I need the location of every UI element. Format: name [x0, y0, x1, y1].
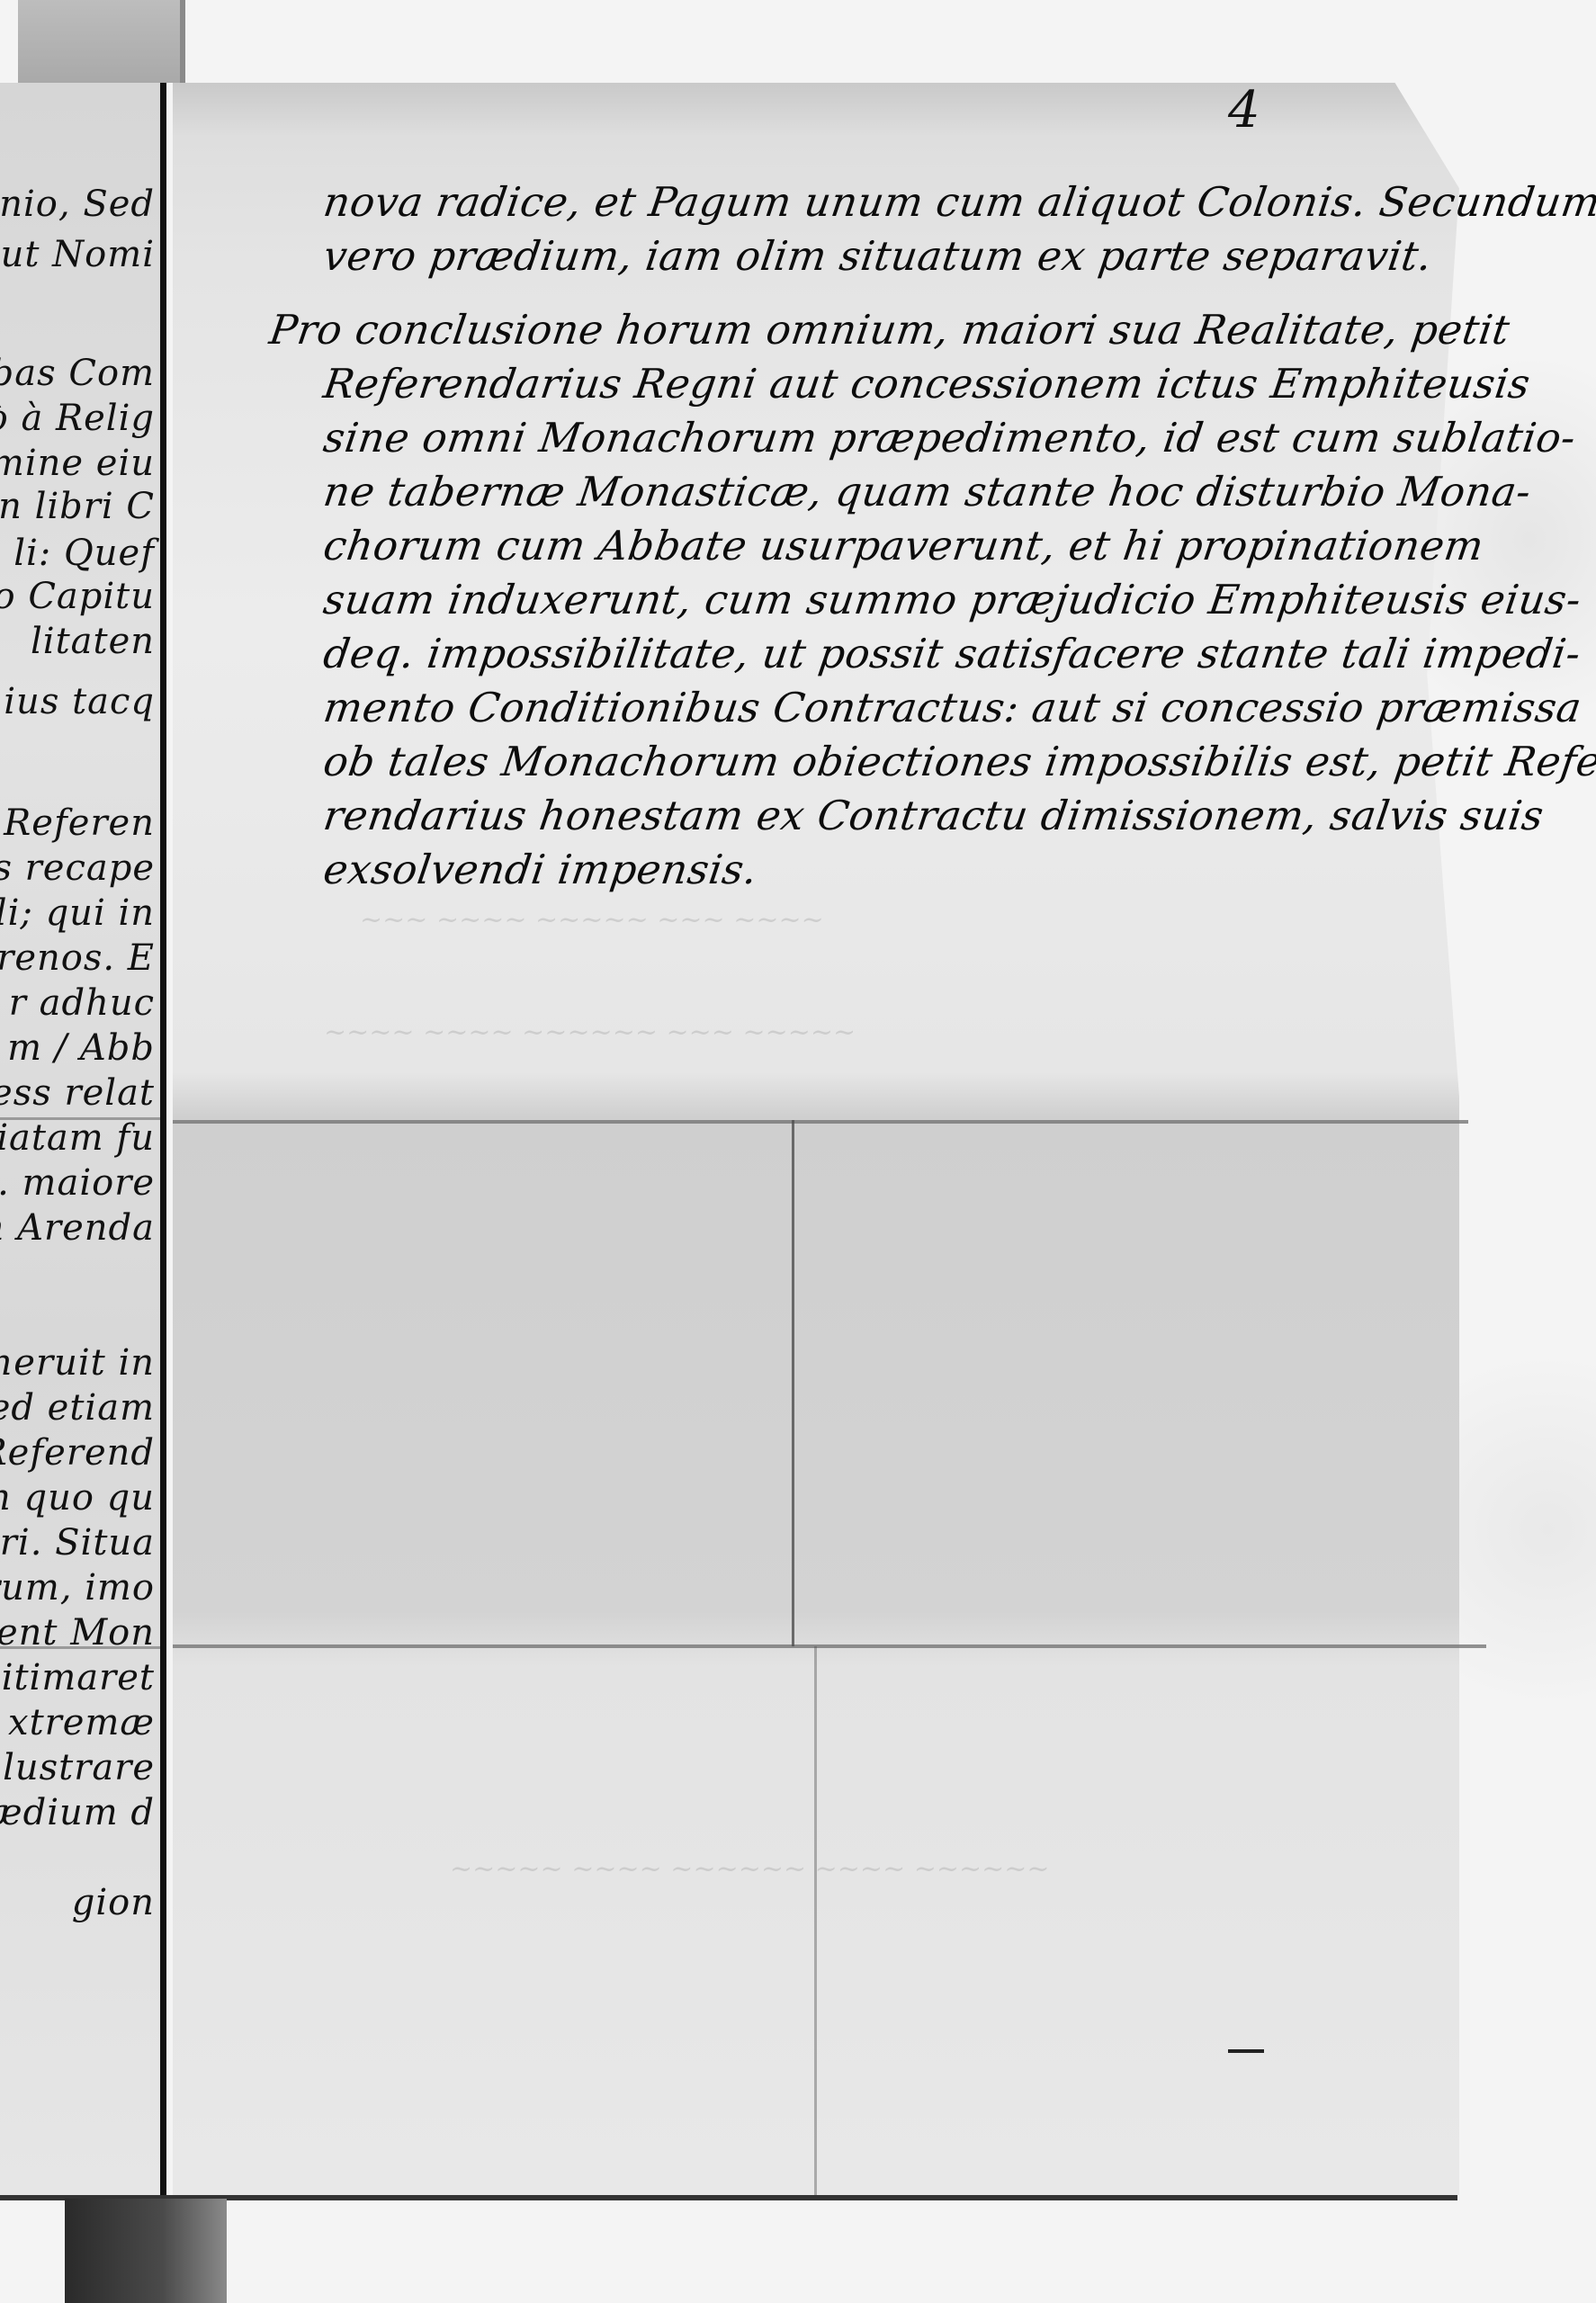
left-fragment-line: gion: [72, 1882, 155, 1923]
left-fragment-line: ædium d: [0, 1792, 155, 1833]
left-fragment-line: e, ut Nomi: [0, 234, 155, 275]
binding-edge: [160, 83, 166, 2199]
bleed-through-text: ~~~~ ~~~~ ~~~~~~ ~~~ ~~~~~: [324, 1017, 856, 1048]
text-line: ob tales Monachorum obiectiones impossib…: [266, 735, 1470, 789]
vertical-fold-line: [792, 1120, 794, 1646]
text-line: Referendarius Regni aut concessionem ict…: [266, 357, 1470, 411]
left-fragment-line: Abbas Com: [0, 353, 155, 394]
text-line: sine omni Monachorum præpedimento, id es…: [266, 411, 1470, 465]
left-fragment-line: ess relat: [0, 1072, 155, 1114]
left-fragment-line: omine eiu: [0, 443, 155, 484]
left-fragment-line: s lustrare: [0, 1747, 155, 1788]
manuscript-text: nova radice, et Pagum unum cum aliquot C…: [270, 175, 1466, 897]
horizontal-fold-line: [173, 1644, 1486, 1648]
text-line: mento Conditionibus Contractus: aut si c…: [266, 681, 1470, 735]
left-fragment-line: o Capitu: [0, 576, 155, 617]
left-fragment-line: ò à Relig: [0, 398, 155, 439]
left-fragment-line: itimaret: [2, 1657, 155, 1698]
ink-mark: [1228, 2049, 1264, 2053]
left-fragment-line: rum, imo: [0, 1567, 155, 1609]
left-fragment-line: s recape: [0, 847, 155, 889]
left-fragment-line: tanio, Sed: [0, 184, 155, 225]
text-line: vero prædium, iam olim situatum ex parte…: [266, 229, 1470, 283]
left-fragment-line: ius tacq: [4, 681, 155, 722]
text-line: deq. impossibilitate, ut possit satisfac…: [266, 627, 1470, 681]
left-fragment-line: r adhuc: [9, 982, 155, 1024]
binding-tab: [65, 2199, 227, 2303]
bleed-through-text: ~~~~~ ~~~~ ~~~~~~ ~~~~ ~~~~~~: [450, 1853, 1050, 1885]
text-line: ne tabernæ Monasticæ, quam stante hoc di…: [266, 465, 1470, 519]
horizontal-fold-line: [173, 1120, 1468, 1124]
left-fragment-line: iatam fu: [0, 1117, 155, 1159]
vertical-fold-line: [814, 1646, 817, 2197]
left-fragment-line: Referend: [0, 1432, 155, 1474]
text-line: Pro conclusione horum omnium, maiori sua…: [266, 303, 1470, 357]
left-fragment-line: m / Abb: [7, 1027, 155, 1069]
left-fragment-line: orenos. E: [0, 937, 155, 979]
left-fragment-line: heruit in: [0, 1342, 155, 1384]
left-fragment-line: uent Mon: [0, 1612, 155, 1653]
left-fragment-line: . maiore: [0, 1162, 155, 1204]
left-fragment-line: in quo qu: [0, 1477, 155, 1519]
page-number: 4: [1228, 81, 1260, 139]
left-fragment-line: li: Quef: [13, 533, 155, 574]
left-fragment-line: bri. Situa: [0, 1522, 155, 1564]
left-fragment-line: xtremæ: [8, 1702, 155, 1743]
left-fragment-line: in libri C: [0, 486, 155, 527]
left-page-fragment: tanio, Sed e, ut Nomi Abbas Com ò à Reli…: [0, 83, 160, 2199]
text-line: rendarius honestam ex Contractu dimissio…: [266, 789, 1470, 843]
text-line: chorum cum Abbate usurpaverunt, et hi pr…: [266, 519, 1470, 573]
left-fragment-line: lli; qui in: [0, 892, 155, 934]
previous-sheet-top-strip: [18, 0, 185, 83]
left-fragment-line: n Arenda: [0, 1207, 155, 1249]
left-fragment-line: , Sed etiam: [0, 1387, 155, 1429]
text-line: exsolvendi impensis.: [266, 843, 1470, 897]
text-line: nova radice, et Pagum unum cum aliquot C…: [266, 175, 1470, 229]
left-fragment-line: s: Referen: [0, 802, 155, 844]
text-line: suam induxerunt, cum summo præjudicio Em…: [266, 573, 1470, 627]
left-fragment-line: litaten: [31, 621, 155, 662]
bleed-through-text: ~~~ ~~~~ ~~~~~ ~~~ ~~~~: [360, 904, 824, 936]
